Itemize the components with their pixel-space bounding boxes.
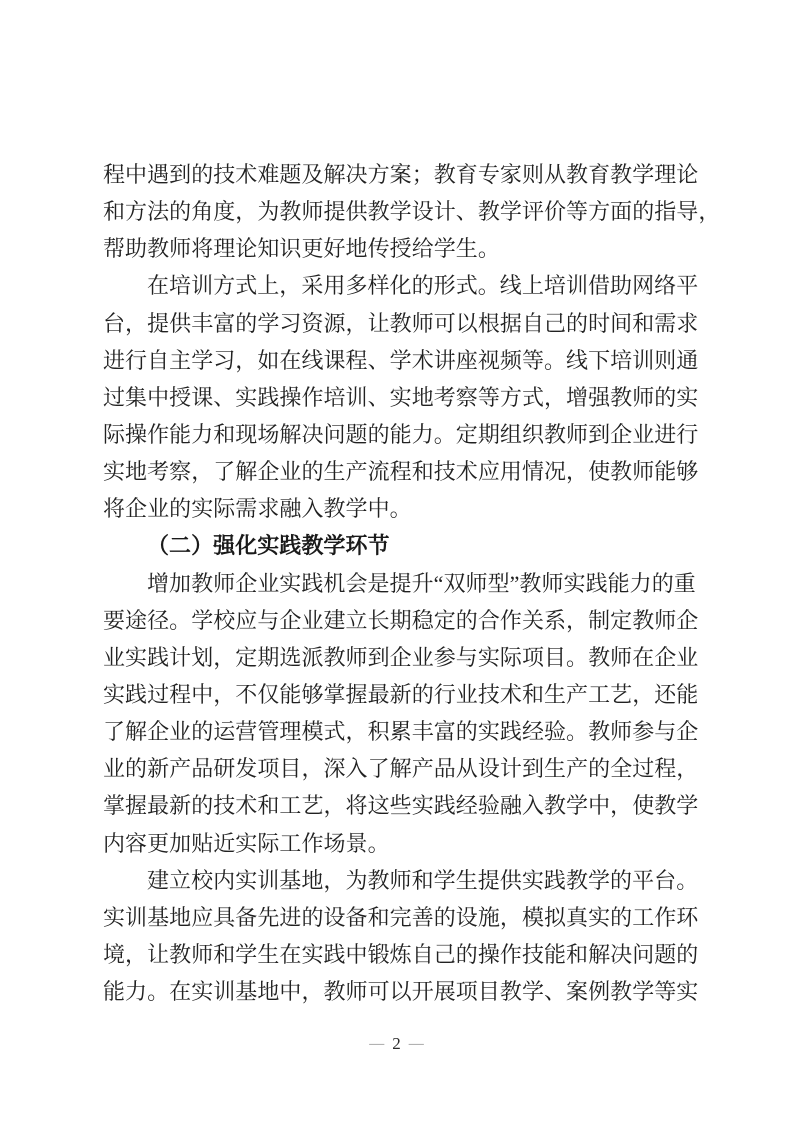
text-line: 内容更加贴近实际工作场景。 [103,825,698,862]
text-line: 和方法的角度，为教师提供教学设计、教学评价等方面的指导， [103,193,698,230]
text-line: 境，让教师和学生在实践中锻炼自己的操作技能和解决问题的 [103,936,698,973]
footer-dash-right: — [409,1032,424,1056]
text-line: 实训基地应具备先进的设备和完善的设施，模拟真实的工作环 [103,899,698,936]
text-line: 进行自主学习，如在线课程、学术讲座视频等。线下培训则通 [103,342,698,379]
text-line: 台，提供丰富的学习资源，让教师可以根据自己的时间和需求 [103,305,698,342]
text-line: 际操作能力和现场解决问题的能力。定期组织教师到企业进行 [103,416,698,453]
text-line: 过集中授课、实践操作培训、实地考察等方式，增强教师的实 [103,379,698,416]
text-line: 将企业的实际需求融入教学中。 [103,490,698,527]
text-line: 程中遇到的技术难题及解决方案；教育专家则从教育教学理论 [103,156,698,193]
text-line: 建立校内实训基地，为教师和学生提供实践教学的平台。 [103,862,698,899]
document-page: 程中遇到的技术难题及解决方案；教育专家则从教育教学理论和方法的角度，为教师提供教… [0,0,793,1122]
text-line: 了解企业的运营管理模式，积累丰富的实践经验。教师参与企 [103,713,698,750]
text-line: 掌握最新的技术和工艺，将这些实践经验融入教学中，使教学 [103,787,698,824]
text-line: 增加教师企业实践机会是提升“双师型”教师实践能力的重 [103,565,698,602]
text-line: 业实践计划，定期选派教师到企业参与实际项目。教师在企业 [103,639,698,676]
text-line: 要途径。学校应与企业建立长期稳定的合作关系，制定教师企 [103,602,698,639]
text-line: 能力。在实训基地中，教师可以开展项目教学、案例教学等实 [103,973,698,1010]
page-footer: — 2 — [0,1032,793,1056]
text-line: 在培训方式上，采用多样化的形式。线上培训借助网络平 [103,267,698,304]
text-line: 实地考察，了解企业的生产流程和技术应用情况，使教师能够 [103,453,698,490]
text-line: 实践过程中，不仅能够掌握最新的行业技术和生产工艺，还能 [103,676,698,713]
text-line: 业的新产品研发项目，深入了解产品从设计到生产的全过程， [103,750,698,787]
page-number: 2 [392,1032,401,1056]
footer-dash-left: — [369,1032,384,1056]
text-line: 帮助教师将理论知识更好地传授给学生。 [103,230,698,267]
document-body: 程中遇到的技术难题及解决方案；教育专家则从教育教学理论和方法的角度，为教师提供教… [103,156,698,1010]
section-heading: （二）强化实践教学环节 [103,527,698,564]
